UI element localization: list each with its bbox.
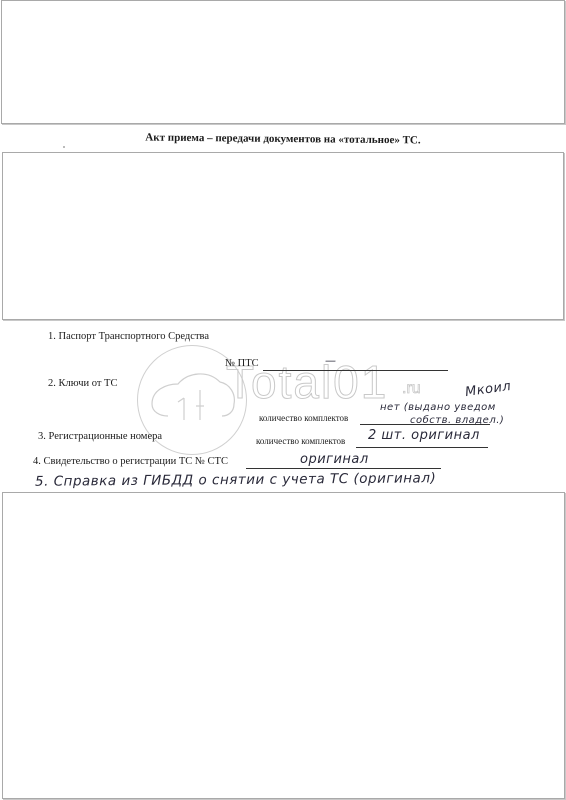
item-label: Свидетельство о регистрации ТС № СТС [44,456,228,467]
plates-count-handwritten: 2 шт. оригинал [368,428,480,443]
watermark-suffix: .ru [402,380,421,398]
item-label: Регистрационные номера [49,431,163,442]
item-4: 4. Свидетельство о регистрации ТС № СТС [33,456,228,467]
keys-count-handwritten: нет (выдано уведом [380,402,496,413]
pts-label: № ПТС [225,358,259,369]
redacted-block-bottom [2,492,565,799]
keys-signature: Мкоил [464,379,512,400]
item-number: 4. [33,456,41,467]
item-1: 1. Паспорт Транспортного Средства [48,331,209,342]
item-number: 2. [48,378,56,389]
plates-count-label: количество комплектов [256,436,345,446]
item-5-handwritten: 5. Справка из ГИБДД о снятии с учета ТС … [35,470,436,490]
redacted-block-top [1,0,565,124]
item-number: 1. [48,331,56,342]
item-label: Паспорт Транспортного Средства [59,331,210,342]
plates-count-underline [356,447,488,448]
scan-speck [63,146,65,148]
document-title: Акт приема – передачи документов на «тот… [0,130,566,148]
keys-count-handwritten-line2: собств. владел.) [410,415,504,426]
item-label: Ключи от ТС [59,378,118,389]
item-2: 2. Ключи от ТС [48,378,117,389]
item-number: 3. [38,431,46,442]
keys-count-label: количество комплектов [259,413,348,423]
pts-underline [263,370,448,371]
pts-handwritten: — [325,354,337,367]
sts-handwritten: оригинал [300,452,369,467]
sts-underline [246,468,441,469]
redacted-block-middle [2,152,564,320]
item-3: 3. Регистрационные номера [38,431,162,442]
